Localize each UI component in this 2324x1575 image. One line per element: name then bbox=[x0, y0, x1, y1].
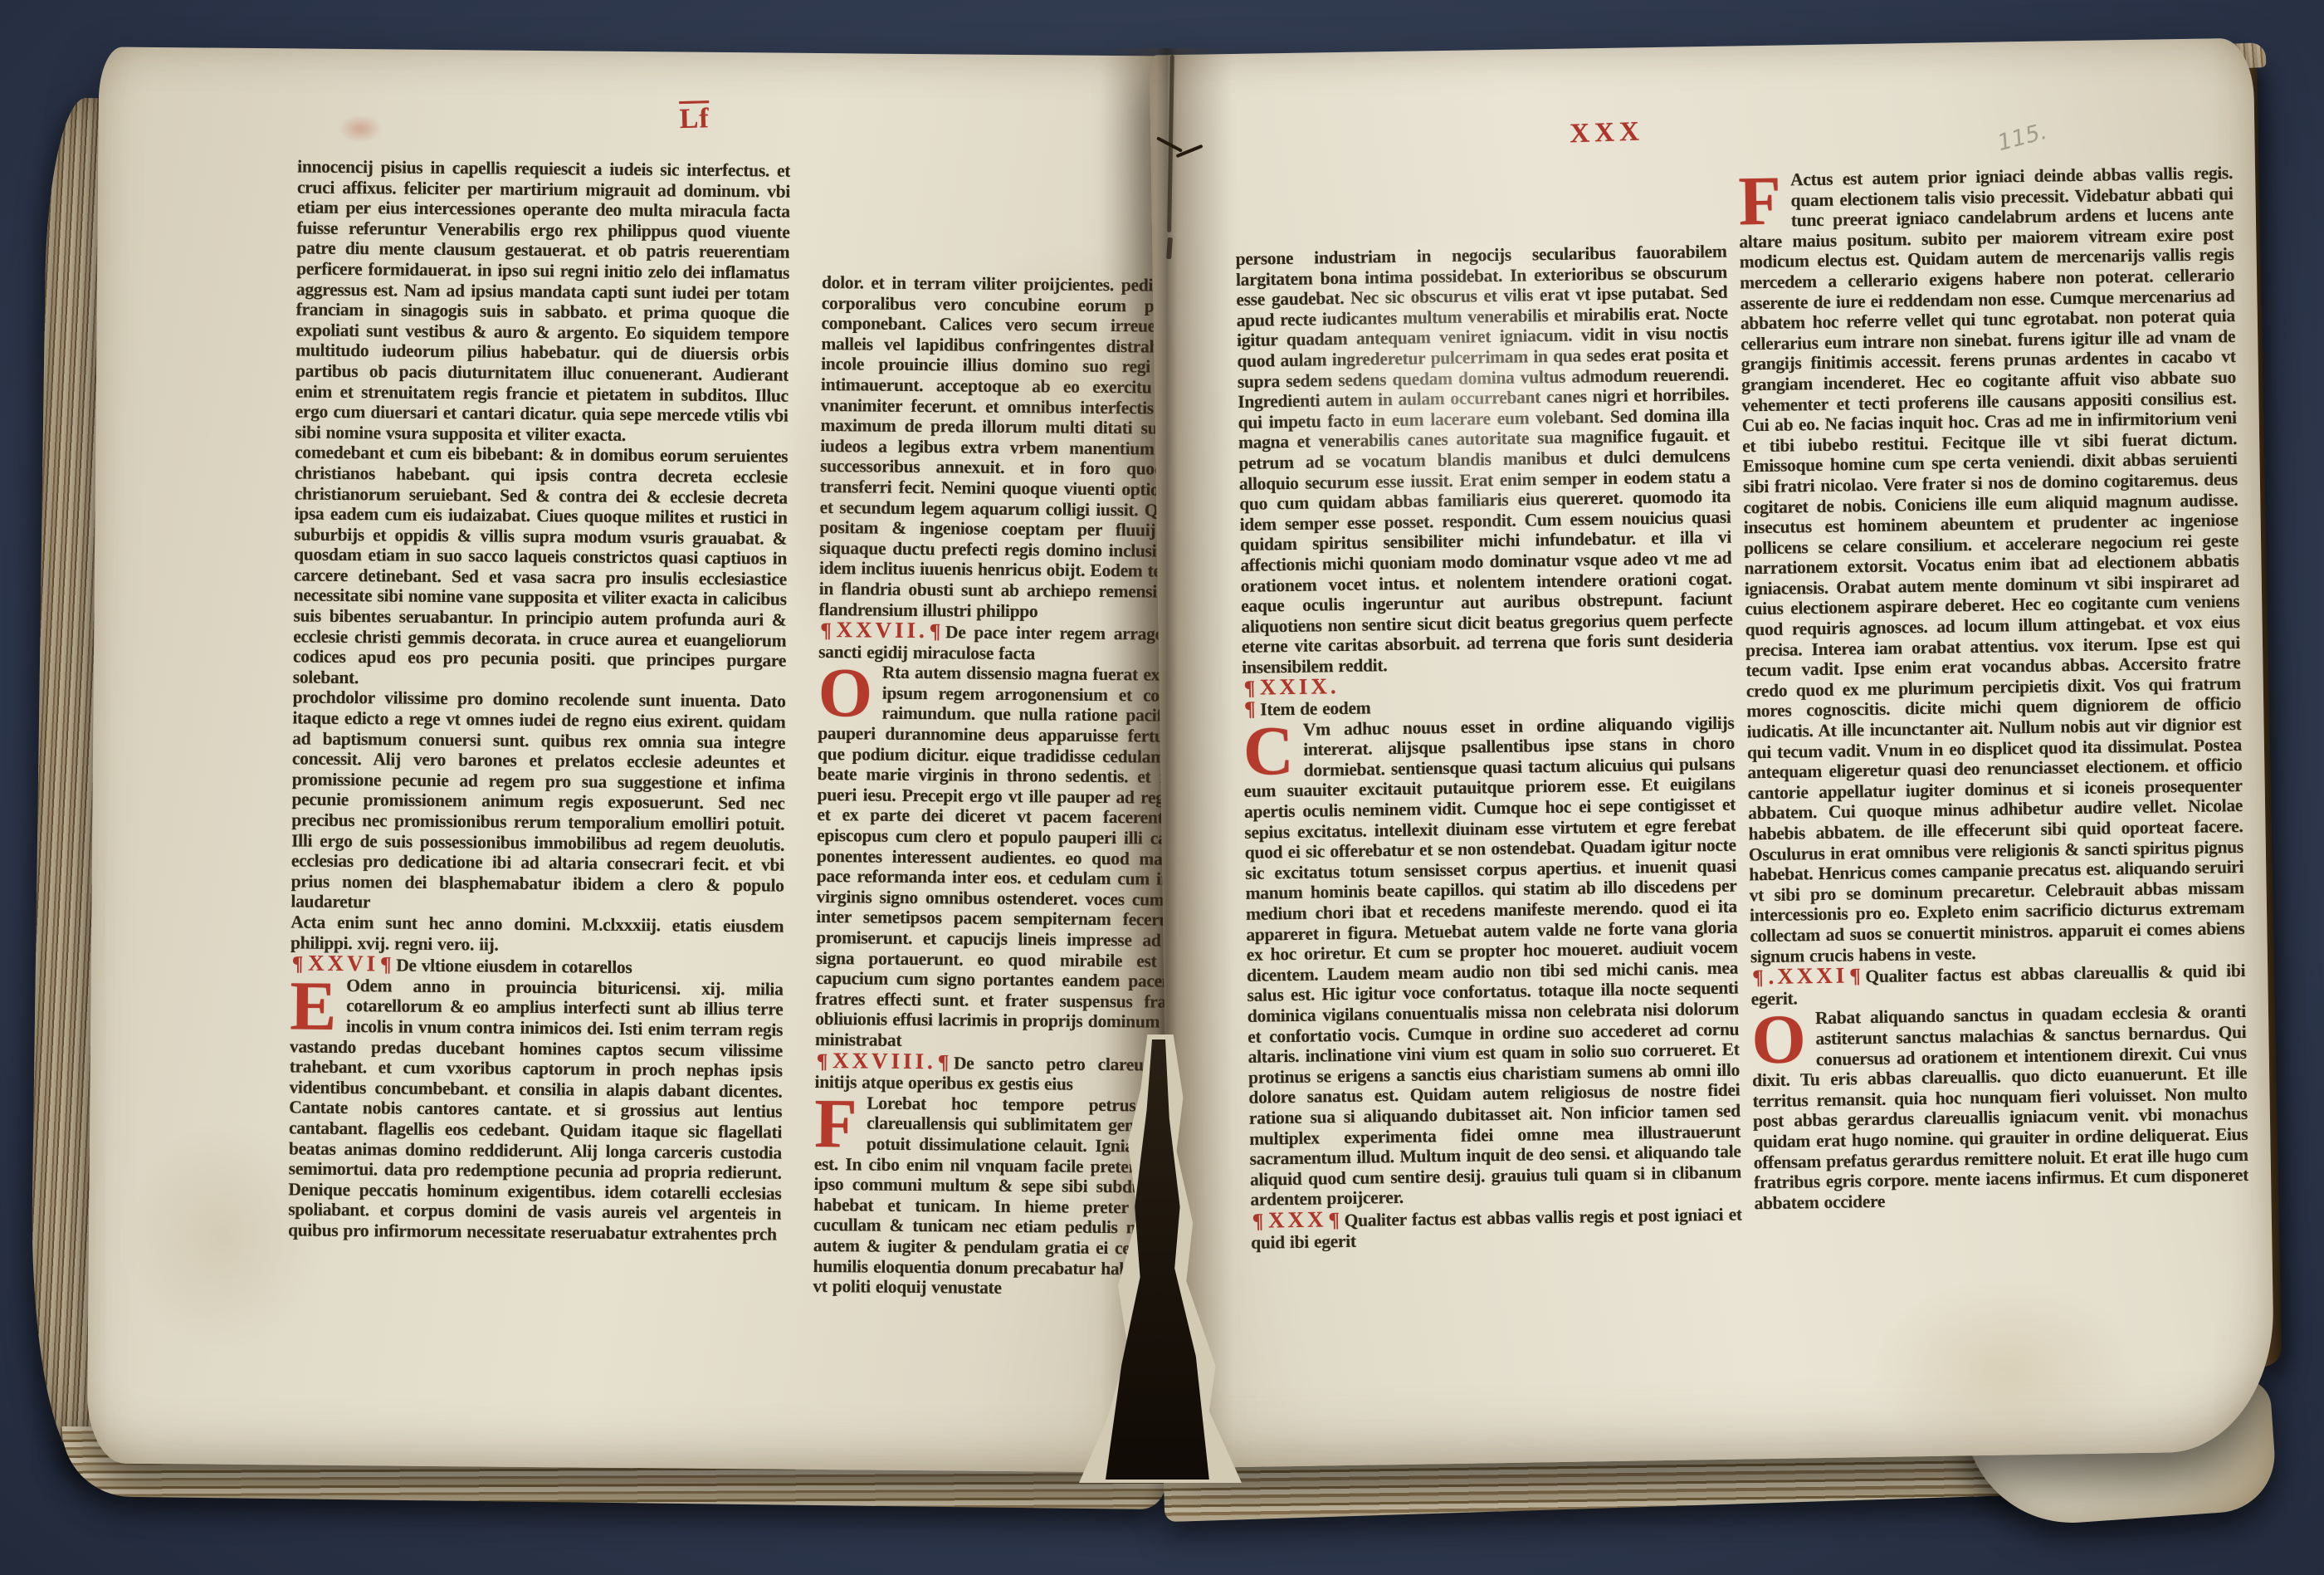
capitulum-mark-icon: ¶ bbox=[1848, 965, 1866, 987]
capitulum-mark-icon: ¶ bbox=[928, 620, 945, 643]
body-text: innocencij pisius in capellis requiescit… bbox=[295, 156, 790, 446]
body-text: comedebant et cum eis bibebant: & in dom… bbox=[293, 443, 788, 692]
capitulum-mark-icon: ¶ bbox=[1243, 698, 1261, 721]
left-page-header-mark: Lf bbox=[679, 103, 710, 135]
right-page: XXX 115. persone industriam in negocijs … bbox=[1150, 38, 2276, 1469]
drop-cap-initial: C bbox=[1243, 719, 1303, 778]
right-page-header-folio: XXX bbox=[1570, 116, 1645, 149]
chapter-number: XXVI bbox=[308, 951, 378, 976]
body-text: persone industriam in negocijs secularib… bbox=[1235, 242, 1733, 678]
capitulum-mark-icon: ¶ bbox=[1251, 1210, 1269, 1232]
book-photo: Lf innocencij pisius in capellis requies… bbox=[0, 0, 2324, 1575]
chapter-number: XXVIII. bbox=[832, 1048, 936, 1074]
chapter-opening: ORabat aliquando sanctus in quadam eccle… bbox=[1751, 1001, 2249, 1213]
body-text: prochdolor vilissime pro domino recolend… bbox=[290, 687, 785, 917]
folio-pencil-number: 115. bbox=[1994, 119, 2049, 156]
chapter-opening: CVm adhuc nouus esset in ordine aliquand… bbox=[1243, 712, 1741, 1210]
text-column-3: persone industriam in negocijs secularib… bbox=[1235, 242, 1742, 1253]
capitulum-mark-icon: ¶ bbox=[815, 1050, 832, 1073]
capitulum-mark-icon: ¶ bbox=[1243, 677, 1261, 700]
chapter-opening: EOdem anno in prouincia bituricensi. xij… bbox=[288, 975, 784, 1245]
drop-cap-initial: F bbox=[1738, 169, 1791, 228]
capitulum-mark-icon: ¶ bbox=[290, 953, 308, 976]
text-column-1: innocencij pisius in capellis requiescit… bbox=[287, 156, 790, 1333]
drop-cap-initial: O bbox=[818, 662, 882, 721]
capitulum-mark-icon: ¶ bbox=[1750, 966, 1769, 989]
chapter-number: XXX bbox=[1268, 1206, 1327, 1232]
chapter-number: .XXXI bbox=[1768, 963, 1848, 990]
drop-cap-initial: O bbox=[1751, 1008, 1816, 1067]
capitulum-mark-icon: ¶ bbox=[1326, 1209, 1345, 1231]
chapter-number: XXVII. bbox=[836, 617, 928, 643]
capitulum-mark-icon: ¶ bbox=[936, 1051, 954, 1074]
chapter-number: XXIX. bbox=[1260, 674, 1340, 701]
drop-cap-initial: E bbox=[290, 975, 346, 1034]
capitulum-mark-icon: ¶ bbox=[818, 619, 836, 642]
text-column-4: FActus est autem prior igniaci deinde ab… bbox=[1738, 163, 2252, 1409]
left-page: Lf innocencij pisius in capellis requies… bbox=[87, 46, 1174, 1472]
capitulum-mark-icon: ¶ bbox=[378, 954, 396, 976]
chapter-opening: FActus est autem prior igniaci deinde ab… bbox=[1738, 163, 2245, 966]
chapter-rubric: ¶XXX¶Qualiter factus est abbas vallis re… bbox=[1251, 1202, 1743, 1252]
drop-cap-initial: F bbox=[814, 1093, 867, 1152]
